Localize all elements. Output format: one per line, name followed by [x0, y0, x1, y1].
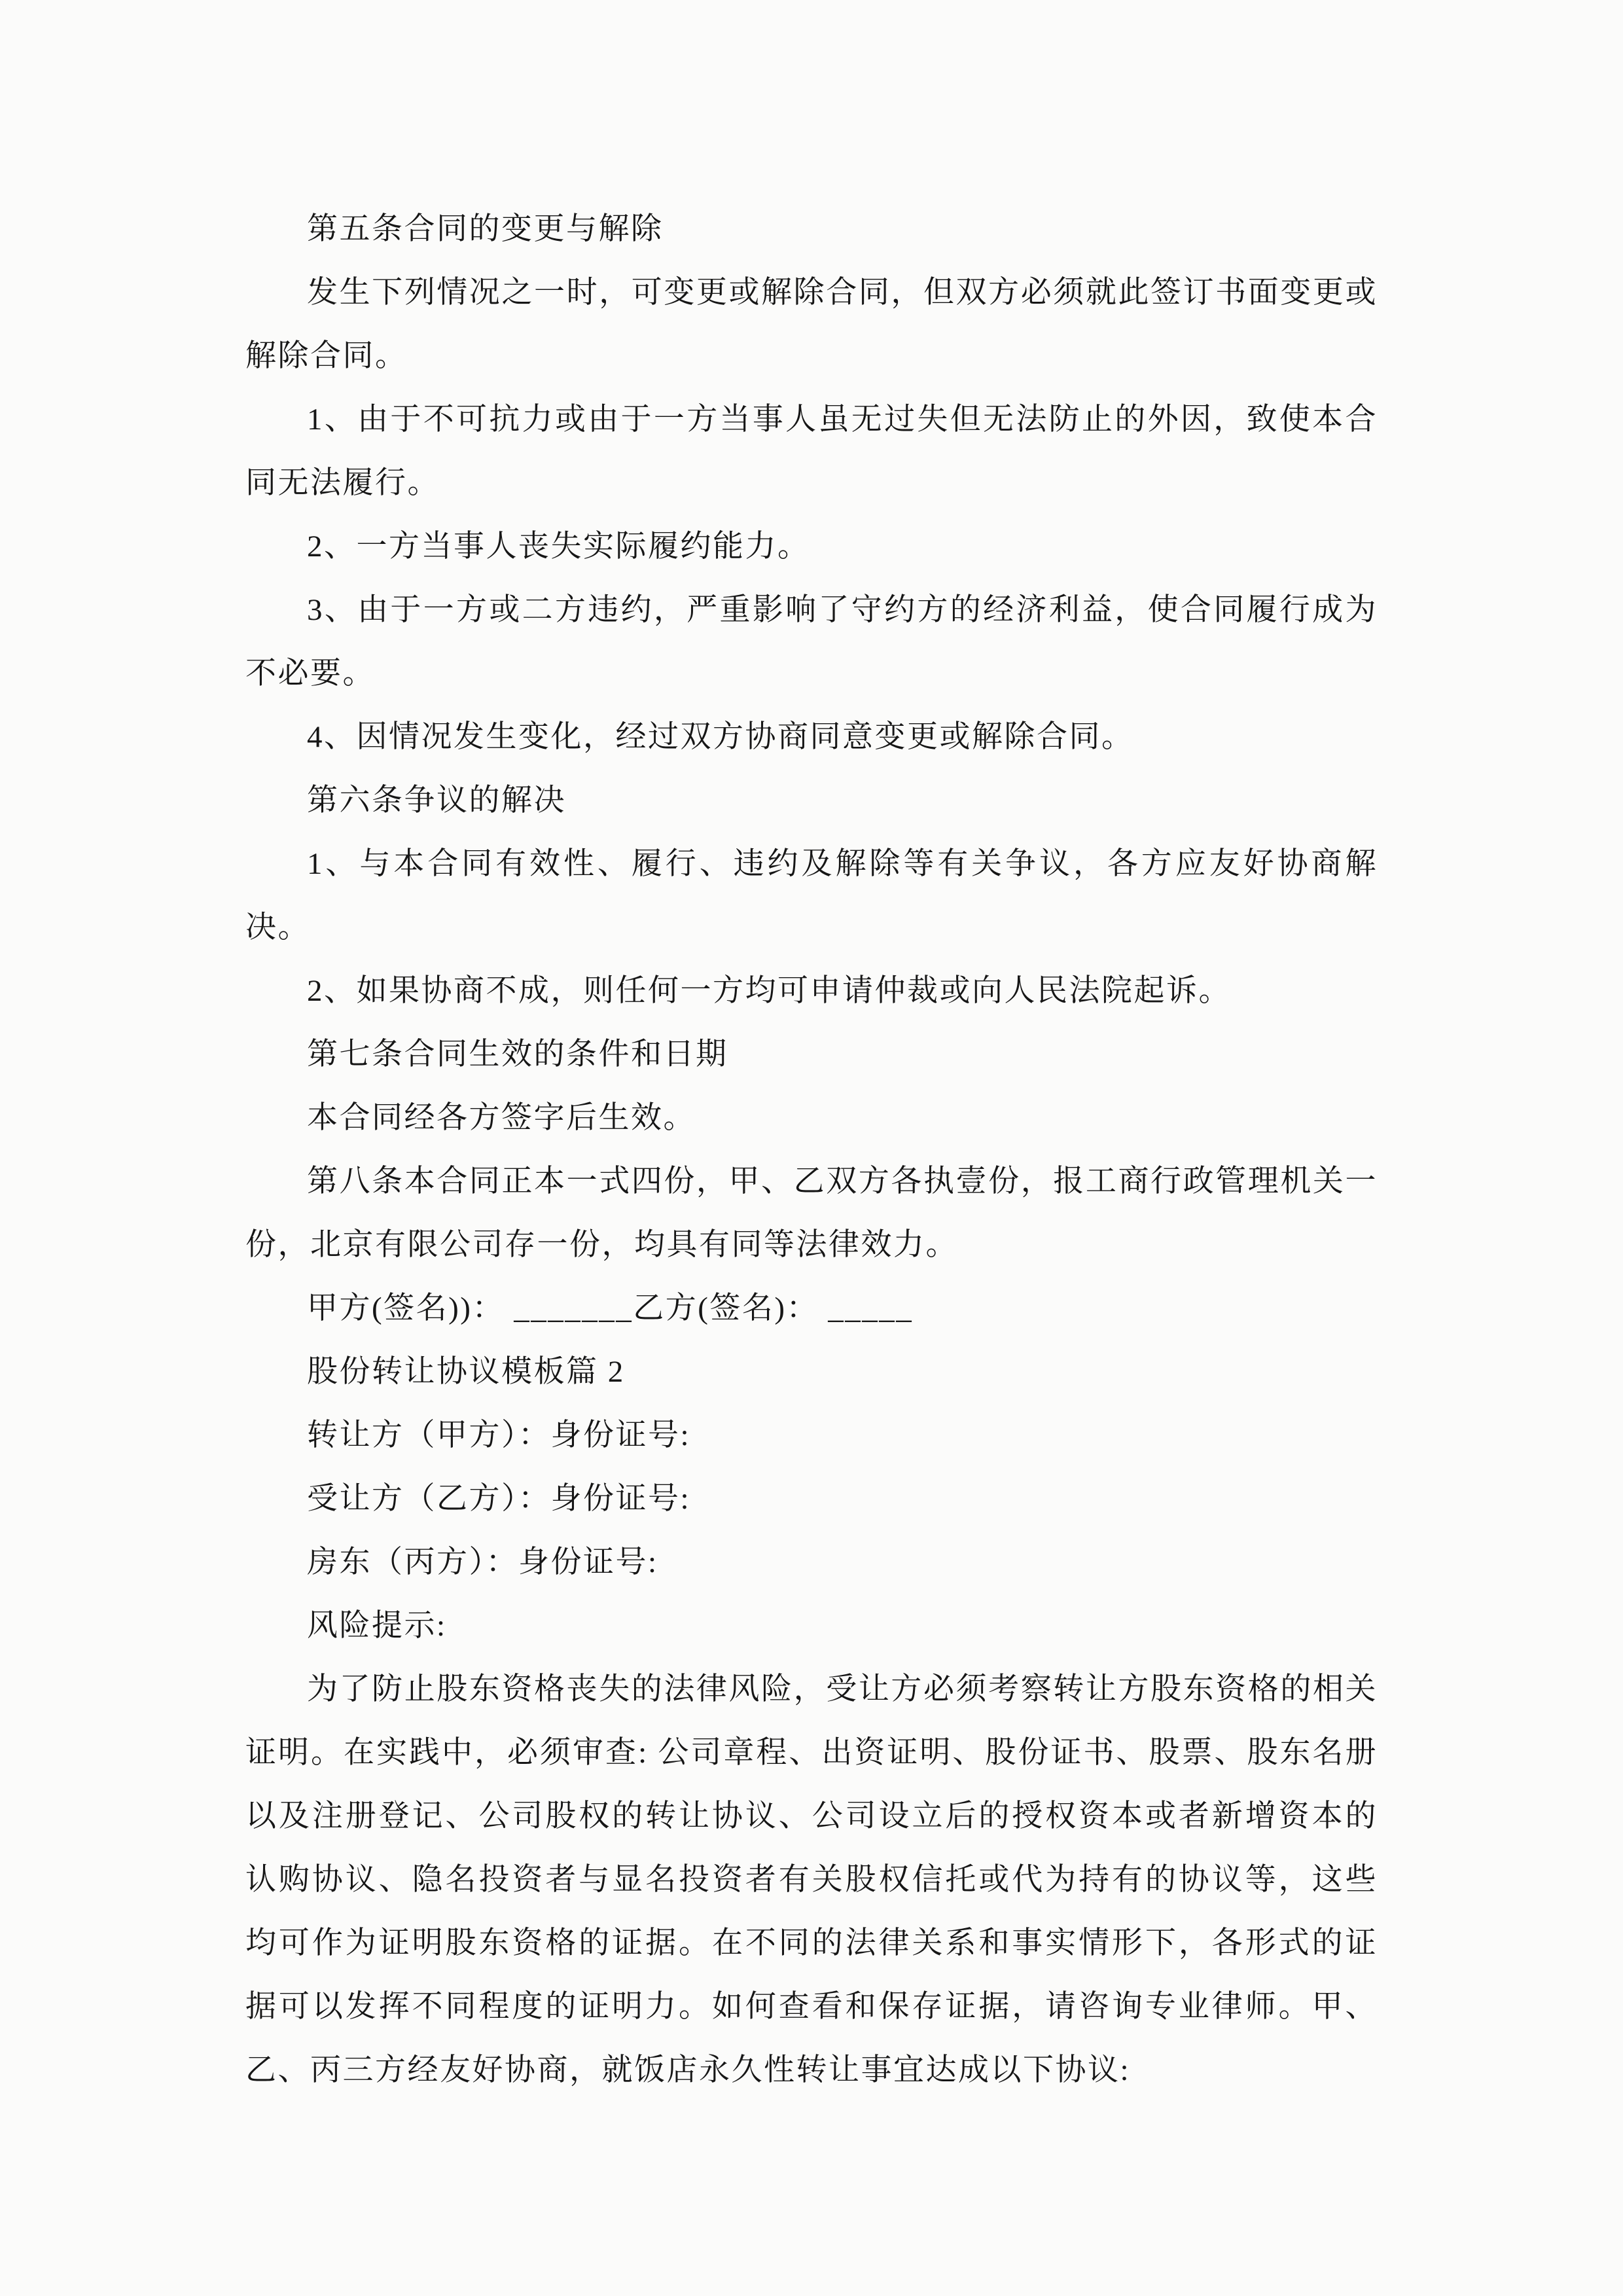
clause-5-heading: 第五条合同的变更与解除 — [245, 198, 1378, 261]
risk-notice-body: 为了防止股东资格丧失的法律风险，受让方必须考察转让方股东资格的相关证明。在实践中… — [245, 1658, 1378, 2102]
clause-8-body: 第八条本合同正本一式四份，甲、乙双方各执壹份，报工商行政管理机关一份，北京有限公… — [245, 1150, 1378, 1277]
clause-5-item-3: 3、由于一方或二方违约，严重影响了守约方的经济利益，使合同履行成为不必要。 — [245, 579, 1378, 706]
document-body: 第五条合同的变更与解除发生下列情况之一时，可变更或解除合同，但双方必须就此签订书… — [245, 198, 1378, 2102]
party-c-line: 房东（丙方）：身份证号: — [245, 1531, 1378, 1594]
clause-5-item-2: 2、一方当事人丧失实际履约能力。 — [245, 515, 1378, 579]
clause-6-item-2: 2、如果协商不成，则任何一方均可申请仲裁或向人民法院起诉。 — [245, 960, 1378, 1023]
party-a-line: 转让方（甲方）：身份证号: — [245, 1404, 1378, 1467]
clause-6-heading: 第六条争议的解决 — [245, 769, 1378, 833]
clause-5-intro: 发生下列情况之一时，可变更或解除合同，但双方必须就此签订书面变更或解除合同。 — [245, 261, 1378, 388]
signature-line: 甲方(签名))： _______乙方(签名)： _____ — [245, 1277, 1378, 1340]
party-b-line: 受让方（乙方）：身份证号: — [245, 1467, 1378, 1531]
clause-5-item-1: 1、由于不可抗力或由于一方当事人虽无过失但无法防止的外因，致使本合同无法履行。 — [245, 388, 1378, 515]
clause-7-heading: 第七条合同生效的条件和日期 — [245, 1023, 1378, 1086]
document-page: 第五条合同的变更与解除发生下列情况之一时，可变更或解除合同，但双方必须就此签订书… — [0, 0, 1623, 2296]
clause-7-body: 本合同经各方签字后生效。 — [245, 1086, 1378, 1150]
clause-5-item-4: 4、因情况发生变化，经过双方协商同意变更或解除合同。 — [245, 706, 1378, 769]
template-2-heading: 股份转让协议模板篇 2 — [245, 1340, 1378, 1404]
clause-6-item-1: 1、与本合同有效性、履行、违约及解除等有关争议，各方应友好协商解决。 — [245, 833, 1378, 960]
risk-notice-heading: 风险提示: — [245, 1594, 1378, 1658]
